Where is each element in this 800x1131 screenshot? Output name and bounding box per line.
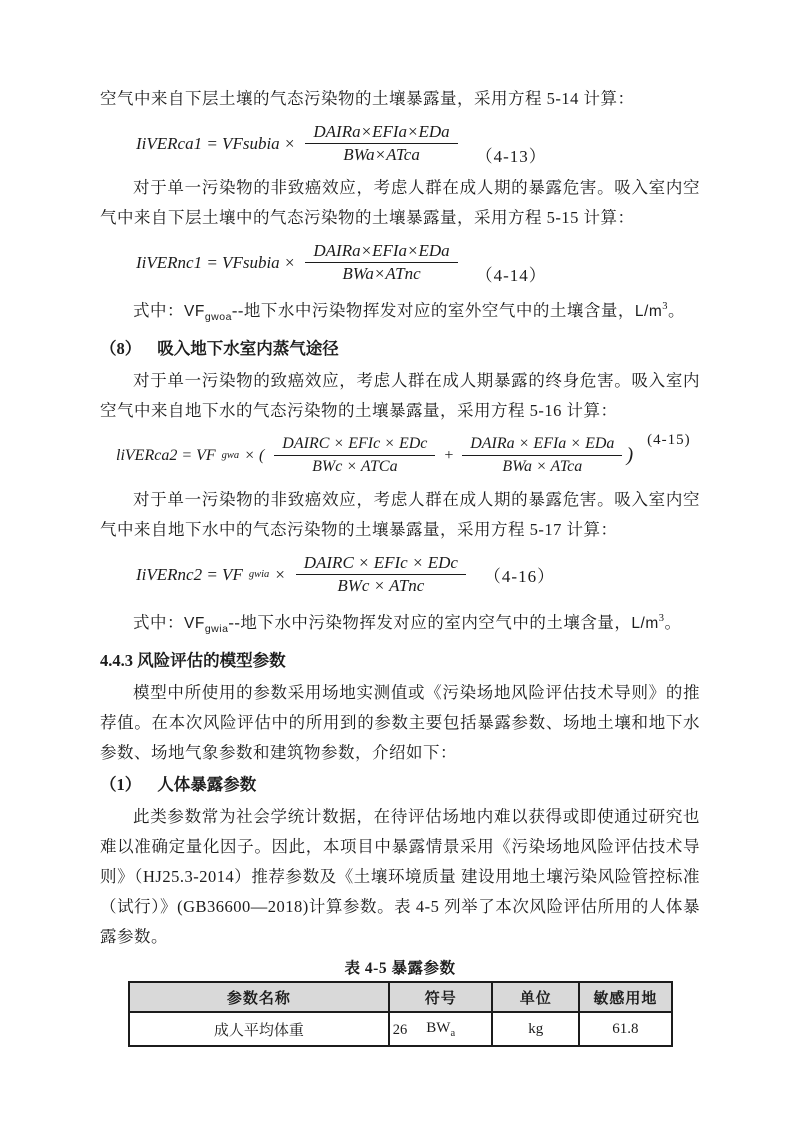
paragraph-line: 露参数。 (100, 922, 700, 952)
section-heading-443: 4.4.3 风险评估的模型参数 (100, 646, 700, 676)
table-header-row: 参数名称 符号 单位 敏感用地 (129, 982, 672, 1012)
fraction: DAIRa×EFIa×EDa BWa×ATnc (305, 241, 457, 284)
fraction: DAIRa × EFIa × EDa BWa × ATca (462, 434, 622, 477)
section-heading-8: （8） 吸入地下水室内蒸气途径 (100, 334, 700, 364)
closing-paren: ) (626, 444, 633, 467)
heading-number: （1） (100, 770, 141, 800)
formula-operator: × (274, 565, 285, 585)
document-page: 空气中来自下层土壤的气态污染物的土壤暴露量，采用方程 5-14 计算： IiVE… (0, 0, 800, 1131)
paragraph-line: 气中来自地下水中的气态污染物的土壤暴露量，采用方程 5-17 计算： (100, 515, 700, 545)
fraction-numerator: DAIRC × EFIc × EDc (274, 434, 435, 455)
fraction-numerator: DAIRa×EFIa×EDa (305, 122, 457, 143)
fraction-denominator: BWc × ATCa (274, 455, 435, 477)
fraction-numerator: DAIRa×EFIa×EDa (305, 241, 457, 262)
heading-title: 人体暴露参数 (157, 770, 256, 800)
paragraph-line: 难以准确定量化因子。因此，本项目中暴露情景采用《污染场地风险评估技术导 (100, 832, 700, 862)
page-number: 26 (0, 1022, 800, 1039)
fraction: DAIRC × EFIc × EDc BWc × ATnc (296, 553, 466, 596)
formula-subscript: gwa (222, 450, 240, 461)
formula-lhs: IiVERnc1 = VFsubia × (136, 253, 295, 273)
heading-number: （8） (100, 334, 141, 364)
paragraph-line: 对于单一污染物的非致癌效应，考虑人群在成人期的暴露危害。吸入室内空 (100, 173, 700, 203)
fraction: DAIRC × EFIc × EDc BWc × ATCa (274, 434, 435, 477)
note-prefix: 式中： (133, 301, 184, 320)
table-caption: 表 4-5 暴露参数 (100, 956, 700, 978)
column-header-unit: 单位 (492, 982, 579, 1012)
paragraph-line: （试行）》(GB36600—2018)计算参数。表 4-5 列举了本次风险评估所… (100, 892, 700, 922)
equation-number: (4-15) (647, 432, 691, 449)
fraction-denominator: BWa × ATca (462, 455, 622, 477)
paragraph-line: 空气中来自下层土壤的气态污染物的土壤暴露量，采用方程 5-14 计算： (100, 84, 700, 114)
note-text: --地下水中污染物挥发对应的室内空气中的土壤含量， (228, 613, 631, 632)
column-header-land: 敏感用地 (579, 982, 671, 1012)
paragraph-line: 荐值。在本次风险评估中的所用到的参数主要包括暴露参数、场地土壤和地下水 (100, 708, 700, 738)
note-prefix: 式中： (133, 613, 184, 632)
variable-note: 式中：VFgwia--地下水中污染物挥发对应的室内空气中的土壤含量，L/m3。 (100, 604, 700, 644)
formula-4-15: liVERca2 = VFgwa × ( DAIRC × EFIc × EDc … (116, 434, 700, 477)
note-end: 。 (668, 301, 685, 320)
paragraph-line: 此类参数常为社会学统计数据，在待评估场地内难以获得或即使通过研究也 (100, 802, 700, 832)
equation-number: （4-13） (476, 142, 547, 167)
fraction-denominator: BWa×ATca (305, 143, 457, 165)
fraction-denominator: BWa×ATnc (305, 262, 457, 284)
variable-note: 式中：VFgwoa--地下水中污染物挥发对应的室外空气中的土壤含量，L/m3。 (100, 292, 700, 332)
paragraph-line: 模型中所使用的参数采用场地实测值或《污染场地风险评估技术导则》的推 (100, 678, 700, 708)
equation-number: （4-14） (476, 261, 547, 286)
paragraph-line: 对于单一污染物的非致癌效应，考虑人群在成人期的暴露危害。吸入室内空 (100, 485, 700, 515)
fraction-numerator: DAIRa × EFIa × EDa (462, 434, 622, 455)
formula-lhs: liVERca2 = VF (116, 447, 216, 465)
fraction: DAIRa×EFIa×EDa BWa×ATca (305, 122, 457, 165)
formula-lhs: IiVERca1 = VFsubia × (136, 134, 295, 154)
plus-operator: + (443, 447, 454, 465)
formula-4-16: IiVERnc2 = VFgwia × DAIRC × EFIc × EDc B… (136, 553, 700, 596)
variable-symbol: VF (184, 303, 205, 320)
section-heading-1: （1） 人体暴露参数 (100, 770, 700, 800)
variable-subscript: gwoa (205, 311, 232, 323)
note-end: 。 (665, 613, 682, 632)
paragraph-line: 则》（HJ25.3-2014）推荐参数及《土壤环境质量 建设用地土壤污染风险管控… (100, 862, 700, 892)
column-header-symbol: 符号 (389, 982, 492, 1012)
formula-4-14: IiVERnc1 = VFsubia × DAIRa×EFIa×EDa BWa×… (136, 241, 700, 284)
formula-4-13: IiVERca1 = VFsubia × DAIRa×EFIa×EDa BWa×… (136, 122, 700, 165)
formula-lhs: IiVERnc2 = VF (136, 565, 243, 585)
paragraph-line: 空气中来自地下水的气态污染物的土壤暴露量，采用方程 5-16 计算： (100, 396, 700, 426)
variable-symbol: VF (184, 615, 205, 632)
unit-text: L/m (635, 303, 662, 320)
heading-title: 4.4.3 风险评估的模型参数 (100, 646, 286, 676)
column-header-name: 参数名称 (129, 982, 390, 1012)
paragraph-line: 对于单一污染物的致癌效应，考虑人群在成人期暴露的终身危害。吸入室内 (100, 366, 700, 396)
paragraph-line: 气中来自下层土壤中的气态污染物的土壤暴露量，采用方程 5-15 计算： (100, 203, 700, 233)
formula-subscript: gwia (249, 569, 269, 580)
heading-title: 吸入地下水室内蒸气途径 (157, 334, 339, 364)
formula-operator: × ( (244, 447, 264, 465)
fraction-denominator: BWc × ATnc (296, 574, 466, 596)
paragraph-line: 参数、场地气象参数和建筑物参数，介绍如下： (100, 738, 700, 768)
note-text: --地下水中污染物挥发对应的室外空气中的土壤含量， (232, 301, 635, 320)
variable-subscript: gwia (205, 623, 229, 635)
fraction-numerator: DAIRC × EFIc × EDc (296, 553, 466, 574)
page-content: 空气中来自下层土壤的气态污染物的土壤暴露量，采用方程 5-14 计算： IiVE… (100, 84, 700, 1047)
unit-text: L/m (631, 615, 658, 632)
equation-number: （4-16） (484, 562, 555, 587)
